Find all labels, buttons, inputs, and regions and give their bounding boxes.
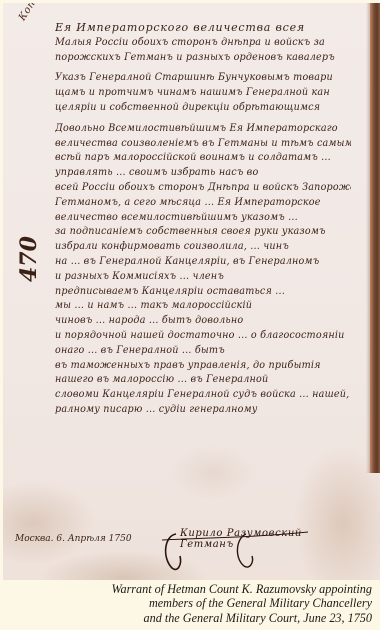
caption-line: Warrant of Hetman Count K. Razumovsky ap… (111, 582, 372, 596)
manuscript-line: Гетманомъ, а сего мѣсяца ... Ея Императо… (55, 195, 351, 211)
manuscript-line: Довольно Всемилостивѣйшимъ Ея Императорс… (55, 121, 351, 137)
margin-note: Копия (17, 3, 45, 23)
manuscript-line: предписываемъ Канцеляріи оставаться ... (55, 284, 351, 300)
manuscript-line: за подписаніемъ собственныя своея руки у… (55, 225, 351, 241)
manuscript-line: на ... въ Генералной Канцеляріи, въ Гене… (55, 255, 351, 271)
place-and-date: Москва. 6. Апрѣля 1750 (15, 534, 132, 544)
manuscript-line: онаго ... въ Генералной ... бытъ (55, 343, 351, 359)
signature-text: Кирило Разумовский Гетманъ (180, 528, 328, 550)
hetman-signature: Кирило Разумовский Гетманъ (158, 518, 328, 578)
manuscript-line: и порядочной нашей достаточно ... о благ… (55, 329, 351, 345)
manuscript-line: целяріи и собственной дирекціи обрѣтающи… (55, 101, 351, 117)
binding-edge (370, 3, 380, 473)
manuscript-line: величество всемилостивѣйшимъ указомъ ... (55, 210, 351, 226)
figure-caption: Warrant of Hetman Count K. Razumovsky ap… (111, 582, 372, 625)
manuscript-line: нашего въ малороссію ... въ Генералной (55, 373, 351, 389)
manuscript-text: Ея Императорского величества всея Малыя … (55, 21, 351, 418)
caption-line: members of the General Military Chancell… (111, 596, 372, 610)
manuscript-line: Указъ Генералной Старшинѣ Бунчуковымъ то… (55, 71, 351, 87)
manuscript-line: мы ... и намъ ... такъ малороссійскій (55, 299, 351, 315)
manuscript-line: ралному писарю ... судіи генералному (55, 403, 351, 419)
caption-line: and the General Military Court, June 23,… (111, 611, 372, 625)
margin-archive-number: 470 (16, 242, 42, 282)
manuscript-line: порожскихъ Гетманъ и разныхъ орденовъ ка… (55, 50, 351, 66)
manuscript-line: словоми Канцеляріи Генералной судъ войск… (55, 388, 351, 404)
manuscript-line: въ таможенныхъ правъ управленія, до приб… (55, 358, 351, 374)
manuscript-line: всѣй паръ малороссійской воинамъ и солда… (55, 151, 351, 167)
manuscript-line: всей Россіи обоихъ сторонъ Днѣпра и войс… (55, 181, 351, 197)
manuscript-line: величества соизволеніемъ въ Гетманы и тѣ… (55, 136, 351, 152)
manuscript-line: управлять ... своимъ избрать насъ во (55, 166, 351, 182)
manuscript-line: чиновъ ... народа ... бытъ довольно (55, 314, 351, 330)
manuscript-photo: Копия 470 Ея Императорского величества в… (3, 3, 380, 580)
manuscript-line: и разныхъ Коммисіяхъ ... членъ (55, 269, 351, 285)
manuscript-line: щамъ и протчимъ чинамъ нашимъ Генералной… (55, 86, 351, 102)
manuscript-line: Малыя Россіи обоихъ сторонъ днѣпра и вой… (55, 35, 351, 51)
document-figure: Копия 470 Ея Императорского величества в… (0, 0, 380, 630)
manuscript-line: Ея Императорского величества всея (55, 21, 351, 37)
manuscript-line: избрали конфирмовать соизволила, ... чин… (55, 240, 351, 256)
